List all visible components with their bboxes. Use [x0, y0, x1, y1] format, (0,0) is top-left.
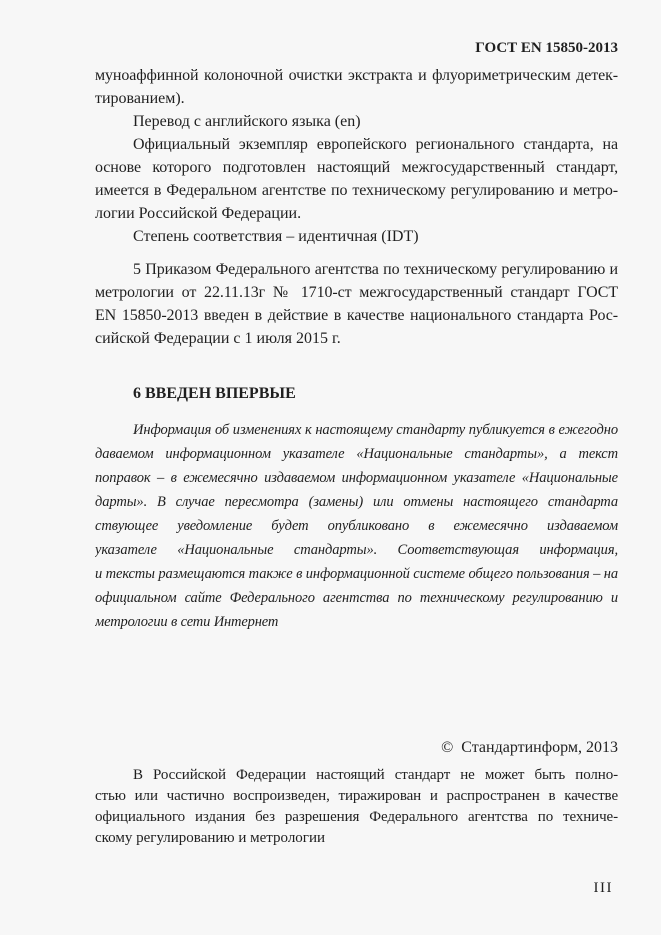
translation-note-paragraph: Перевод с английского языка (en) [95, 110, 618, 133]
text-line: метрологии в сети Интернет [95, 610, 618, 634]
text-line: Официальный экземпляр европейского регио… [95, 133, 618, 156]
text-line: сийской Федерации с 1 июля 2015 г. [95, 327, 618, 350]
text-line: муноаффинной колоночной очистки экстракт… [95, 64, 618, 87]
text-line: логии Российской Федерации. [95, 202, 618, 225]
info-notice-italic-paragraph: Информация об изменениях к настоящему ст… [95, 418, 618, 634]
foreword-continuation-paragraph: муноаффинной колоночной очистки экстракт… [95, 64, 618, 110]
text-line: скому регулированию и метрологии [95, 828, 618, 849]
text-line: и тексты размещаются также в информацион… [95, 562, 618, 586]
text-line: дарты». В случае пересмотра (замены) или… [95, 490, 618, 514]
text-line: стью или частично воспроизведен, тиражир… [95, 786, 618, 807]
copyright-restriction-paragraph: В Российской Федерации настоящий стандар… [95, 765, 618, 849]
text-line: EN 15850-2013 введен в действие в качест… [95, 304, 618, 327]
order-clause-5-paragraph: 5 Приказом Федерального агентства по тех… [95, 258, 618, 350]
text-line: ствующее уведомление будет опубликовано … [95, 514, 618, 538]
page-content: ГОСТ EN 15850-2013 муноаффинной колоночн… [95, 40, 618, 849]
page-number: III [594, 880, 614, 897]
text-line: даваемом информационном указателе «Нацио… [95, 442, 618, 466]
text-line: 6 ВВЕДЕН ВПЕРВЫЕ [95, 382, 618, 405]
text-line: В Российской Федерации настоящий стандар… [95, 765, 618, 786]
text-line: 5 Приказом Федерального агентства по тех… [95, 258, 618, 281]
text-line: Информация об изменениях к настоящему ст… [95, 418, 618, 442]
copyright-publisher-line: © Стандартинформ, 2013 [95, 737, 618, 759]
text-line: тированием). [95, 87, 618, 110]
text-line: метрологии от 22.11.13г № 1710-ст межгос… [95, 281, 618, 304]
text-line: поправок – в ежемесячно издаваемом инфор… [95, 466, 618, 490]
document-page: ГОСТ EN 15850-2013 муноаффинной колоночн… [0, 0, 661, 935]
text-line: Перевод с английского языка (en) [95, 110, 618, 133]
official-copy-paragraph: Официальный экземпляр европейского регио… [95, 133, 618, 225]
text-line: указателе «Национальные стандарты». Соот… [95, 538, 618, 562]
text-line: основе которого подготовлен настоящий ме… [95, 156, 618, 179]
text-line: Степень соответствия – идентичная (IDT) [95, 225, 618, 248]
text-line: официального издания без разрешения Феде… [95, 807, 618, 828]
doc-code-header: ГОСТ EN 15850-2013 [95, 40, 618, 56]
conformity-degree-paragraph: Степень соответствия – идентичная (IDT) [95, 225, 618, 248]
clause-6-heading: 6 ВВЕДЕН ВПЕРВЫЕ [95, 382, 618, 405]
text-line: официальном сайте Федерального агентства… [95, 586, 618, 610]
text-line: имеется в Федеральном агентстве по техни… [95, 179, 618, 202]
